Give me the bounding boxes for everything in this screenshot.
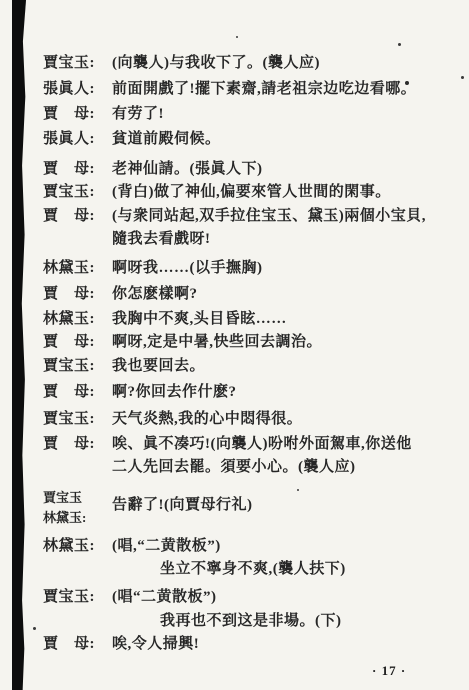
scan-speck	[398, 43, 401, 46]
dialogue-text: 貧道前殿伺候。	[112, 130, 221, 149]
speaker-name: 賈宝玉:	[43, 410, 113, 429]
scan-speck	[297, 489, 299, 491]
speaker-name: 賈宝玉	[43, 490, 82, 505]
speaker-name: 賈 母:	[43, 635, 113, 654]
stage-direction-text: (唱,“二黄散板”)	[112, 537, 221, 556]
dialogue-text: 唉,令人掃興!	[112, 635, 199, 654]
dialogue-text: (背白)做了神仙,偏要來管人世間的閑事。	[112, 183, 391, 202]
script-page: 賈宝玉:(向襲人)与我收下了。(襲人应) 張眞人:前面開戲了!擺下素齋,請老祖宗…	[0, 0, 469, 690]
speaker-name: 賈 母:	[43, 333, 113, 352]
dialogue-text: 唉、眞不凑巧!(向襲人)吩咐外面駕車,你送他	[112, 435, 412, 454]
speaker-name: 張眞人:	[43, 130, 113, 149]
dialogue-text: 隨我去看戲呀!	[112, 230, 211, 249]
dialogue-text: 啊呀我……(以手撫胸)	[112, 259, 263, 278]
dialogue-text: 老神仙請。(張眞人下)	[112, 160, 263, 179]
speaker-name: 賈 母:	[43, 285, 113, 304]
dialogue-text: 我胸中不爽,头目昏眩……	[112, 310, 287, 329]
speaker-name: 賈 母:	[43, 207, 113, 226]
dialogue-text: 有劳了!	[112, 105, 164, 124]
lyric-text: 我再也不到这是非場。(下)	[160, 612, 342, 631]
dialogue-text: 前面開戲了!擺下素齋,請老祖宗边吃边看哪。	[112, 80, 416, 99]
dialogue-line-double-speaker: 賈宝玉 林黛玉: 告辭了!(向賈母行礼)	[0, 488, 469, 528]
speaker-name: 賈 母:	[43, 383, 113, 402]
page-number: · 17 ·	[372, 663, 432, 679]
speaker-name: 林黛玉:	[43, 310, 113, 329]
speaker-name: 賈宝玉:	[43, 588, 113, 607]
speaker-name: 賈宝玉:	[43, 183, 113, 202]
speaker-name: 林黛玉:	[43, 259, 113, 278]
speaker-name: 賈 母:	[43, 435, 113, 454]
dialogue-text: 天气炎熱,我的心中悶得很。	[112, 410, 302, 429]
speaker-name: 林黛玉:	[43, 537, 113, 556]
scan-speck	[33, 627, 36, 630]
dialogue-text: 啊呀,定是中暑,快些回去調治。	[112, 333, 322, 352]
speaker-name: 賈宝玉:	[43, 54, 113, 73]
dialogue-text: (向襲人)与我收下了。(襲人应)	[112, 54, 320, 73]
scan-speck	[461, 76, 464, 79]
dialogue-text: (与衆同站起,双手拉住宝玉、黛玉)兩個小宝貝,	[112, 207, 426, 226]
speaker-name: 賈 母:	[43, 105, 113, 124]
speaker-name: 張眞人:	[43, 80, 113, 99]
speaker-names-stacked: 賈宝玉 林黛玉:	[43, 488, 113, 528]
scan-speck	[405, 81, 409, 85]
speaker-name: 賈 母:	[43, 160, 113, 179]
scan-speck	[236, 36, 238, 38]
speaker-name: 賈宝玉:	[43, 357, 113, 376]
lyric-text: 坐立不寧身不爽,(襲人扶下)	[160, 560, 346, 579]
dialogue-text: 告辭了!(向賈母行礼)	[112, 496, 253, 515]
dialogue-text: 我也要回去。	[112, 357, 205, 376]
dialogue-text: 你怎麽樣啊?	[112, 285, 198, 304]
dialogue-text: 二人先回去罷。須要小心。(襲人应)	[112, 458, 356, 477]
dialogue-text: 啊?你回去作什麽?	[112, 383, 237, 402]
stage-direction-text: (唱“二黄散板”)	[112, 588, 217, 607]
book-gutter-shadow	[12, 0, 26, 690]
speaker-name: 林黛玉:	[43, 510, 86, 525]
